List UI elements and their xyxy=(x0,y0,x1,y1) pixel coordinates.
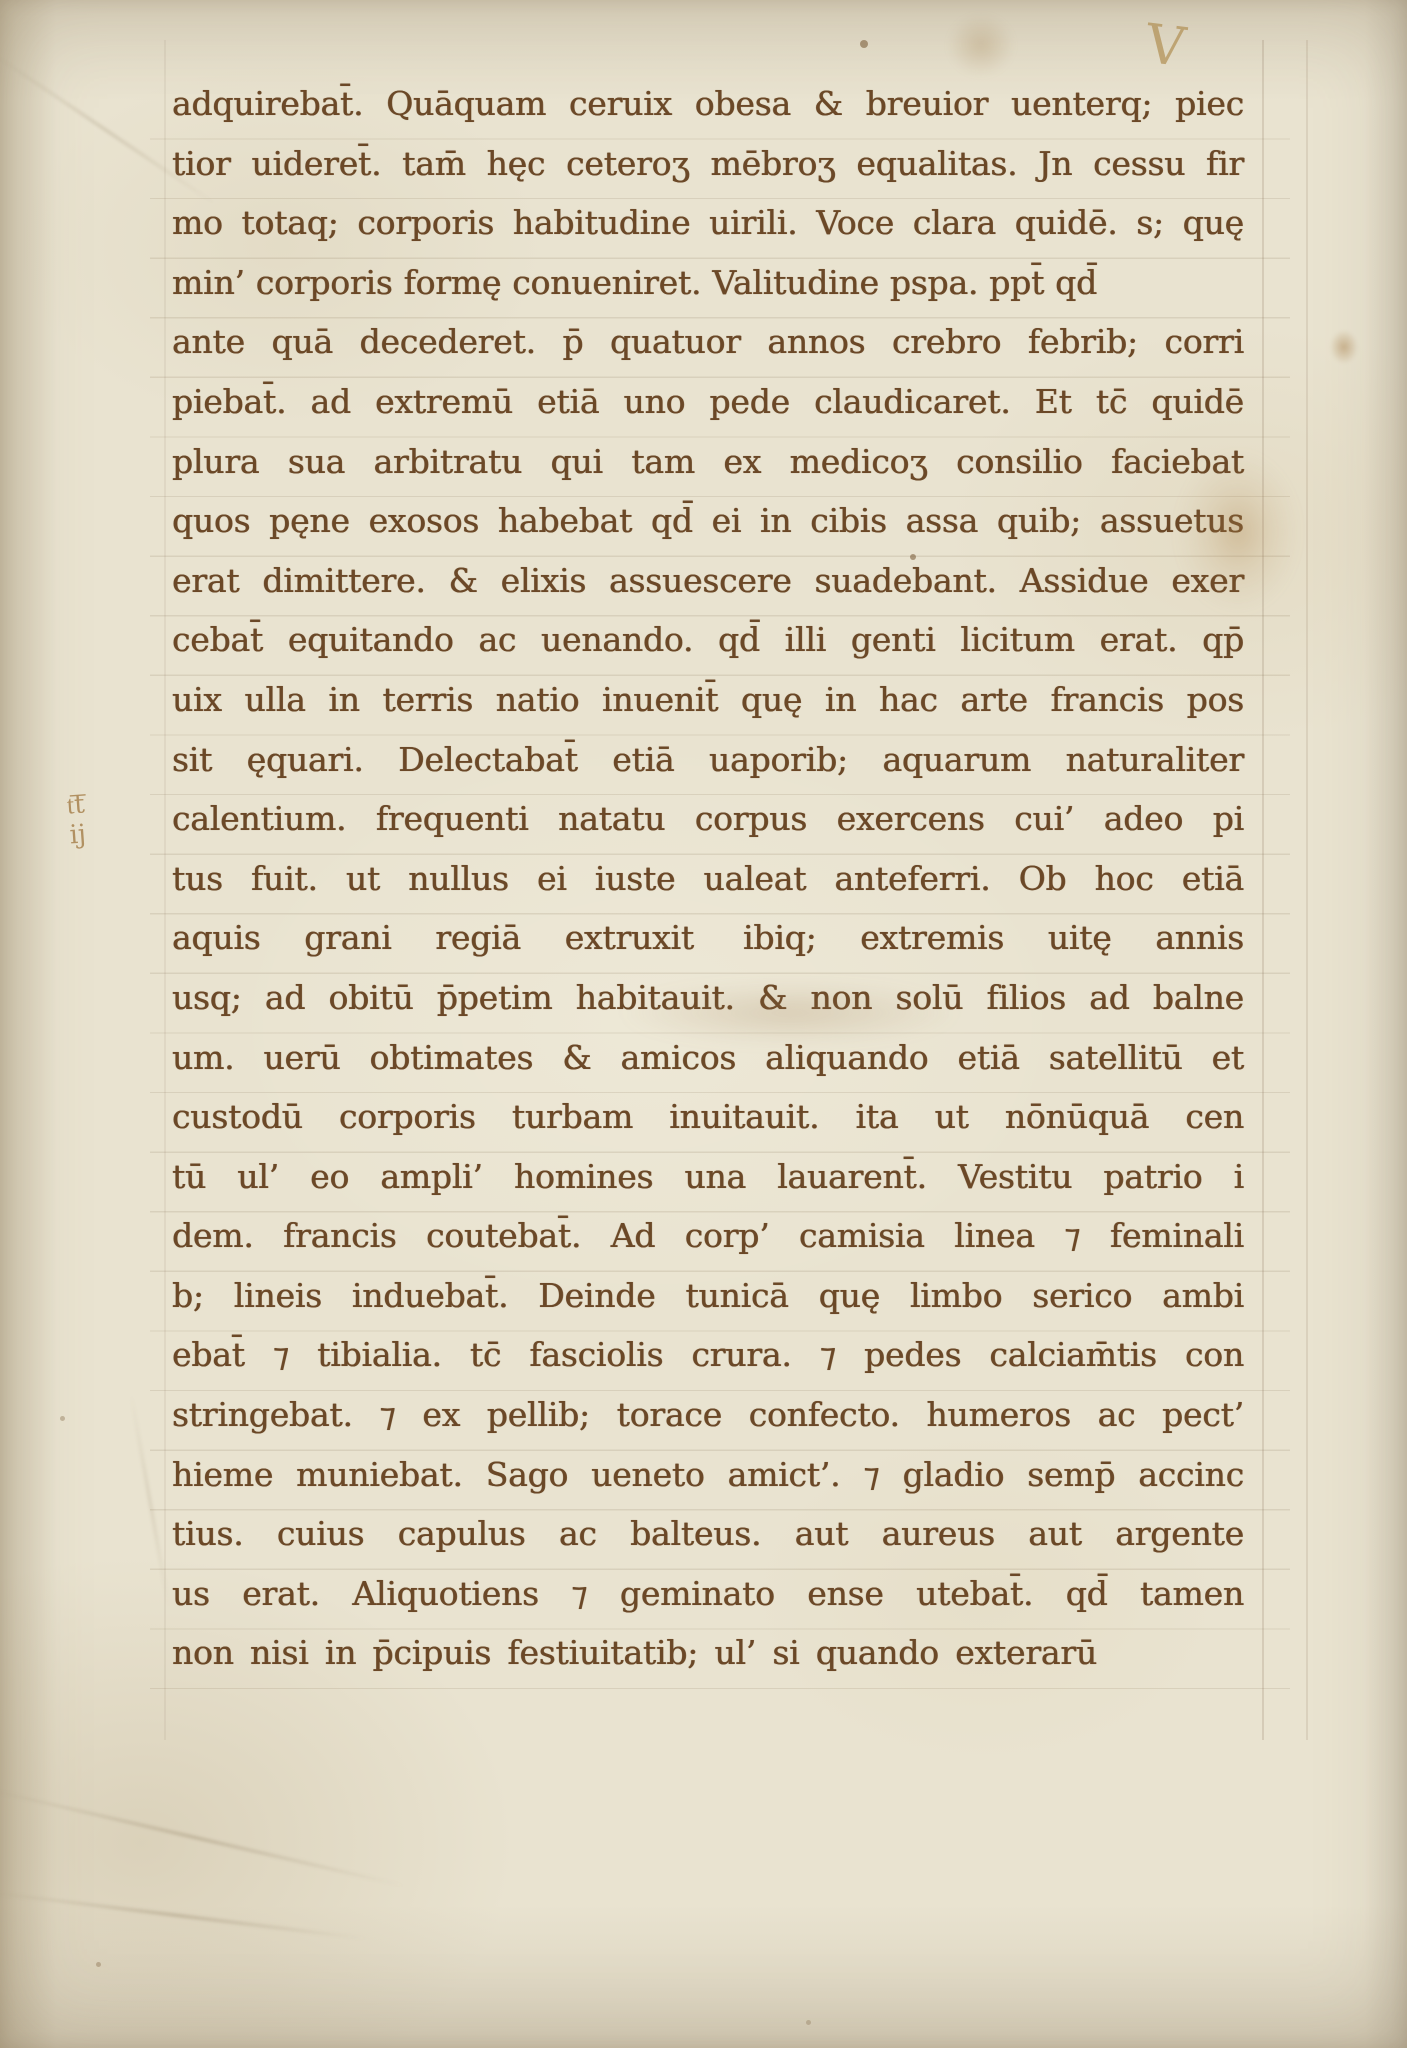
margin-annotation-line: ij xyxy=(68,819,88,850)
manuscript-line: b; lineis induebat̄. Deinde tunicā quę … xyxy=(172,1266,1244,1326)
manuscript-line: erat dimittere. & elixis assuescere suad… xyxy=(172,551,1244,611)
manuscript-line: adquirebat̄. Quāquam ceruix obesa & bre… xyxy=(172,74,1244,134)
parchment-stain xyxy=(1330,330,1358,364)
margin-annotation-line: t͞t xyxy=(66,789,86,820)
folio-quire-mark: V xyxy=(1142,12,1188,79)
text-block: adquirebat̄. Quāquam ceruix obesa & bre… xyxy=(172,74,1244,1683)
parchment-stain xyxy=(948,14,1014,76)
manuscript-line: ante quā decederet. p̄ quatuor annos cr… xyxy=(172,312,1244,372)
manuscript-line: tior uideret̄. tam̄ hęc ceteroʒ mēbroʒ … xyxy=(172,134,1244,194)
manuscript-line: non nisi in p̄cipuis festiuitatib; ul’ s… xyxy=(172,1623,1097,1683)
manuscript-line: hieme muniebat. Sago ueneto amict’. ⁊ gl… xyxy=(172,1445,1244,1505)
manuscript-line: min’ corporis formę conueniret. Valitudi… xyxy=(172,253,1097,313)
manuscript-line: ebat̄ ⁊ tibialia. tc̄ fasciolis crura. ⁊… xyxy=(172,1325,1244,1385)
manuscript-line: usq; ad obitū p̄petim habitauit. & non … xyxy=(172,968,1244,1028)
ink-speck xyxy=(96,1962,101,1967)
ink-speck xyxy=(806,2020,811,2025)
manuscript-line: piebat̄. ad extremū etiā uno pede clau… xyxy=(172,372,1244,432)
manuscript-line: sit ęquari. Delectabat̄ etiā uaporib; a… xyxy=(172,730,1244,790)
manuscript-line: calentium. frequenti natatu corpus exerc… xyxy=(172,789,1244,849)
manuscript-line: us erat. Aliquotiens ⁊ geminato ense ute… xyxy=(172,1564,1244,1624)
manuscript-line: cebat̄ equitando ac uenando. qd̄ illi ge… xyxy=(172,610,1244,670)
manuscript-page: V t͞t ij adquirebat̄. Quāquam ceruix ob… xyxy=(0,0,1407,2048)
manuscript-line: dem. francis coutebat̄. Ad corp’ camisia… xyxy=(172,1206,1244,1266)
vertical-ruling-line xyxy=(1306,40,1308,1740)
parchment-crease xyxy=(0,1788,405,1888)
manuscript-line: aquis grani regiā extruxit ibiq; extrem… xyxy=(172,908,1244,968)
manuscript-line: plura sua arbitratu qui tam ex medicoʒ c… xyxy=(172,432,1244,492)
manuscript-line: quos pęne exosos habebat qd̄ ei in cibis… xyxy=(172,491,1244,551)
ink-speck xyxy=(860,40,868,48)
vertical-ruling-line xyxy=(1262,40,1264,1740)
margin-annotation: t͞t ij xyxy=(66,789,88,850)
parchment-crease xyxy=(0,1891,367,1940)
manuscript-line: custodū corporis turbam inuitauit. ita … xyxy=(172,1087,1244,1147)
ink-speck xyxy=(910,554,916,560)
manuscript-line: tius. cuius capulus ac balteus. aut aure… xyxy=(172,1504,1244,1564)
manuscript-line: uix ulla in terris natio inuenit̄ quę in… xyxy=(172,670,1244,730)
vertical-ruling-line xyxy=(164,40,166,1740)
manuscript-line: tus fuit. ut nullus ei iuste ualeat ante… xyxy=(172,849,1244,909)
manuscript-line: um. uerū obtimates & amicos aliquando e… xyxy=(172,1028,1244,1088)
manuscript-line: mo totaq; corporis habitudine uirili. Vo… xyxy=(172,193,1244,253)
manuscript-line: stringebat. ⁊ ex pellib; torace confecto… xyxy=(172,1385,1244,1445)
manuscript-line: tū ul’ eo ampli’ homines una lauarent̄.… xyxy=(172,1147,1244,1207)
ink-speck xyxy=(60,1416,65,1421)
